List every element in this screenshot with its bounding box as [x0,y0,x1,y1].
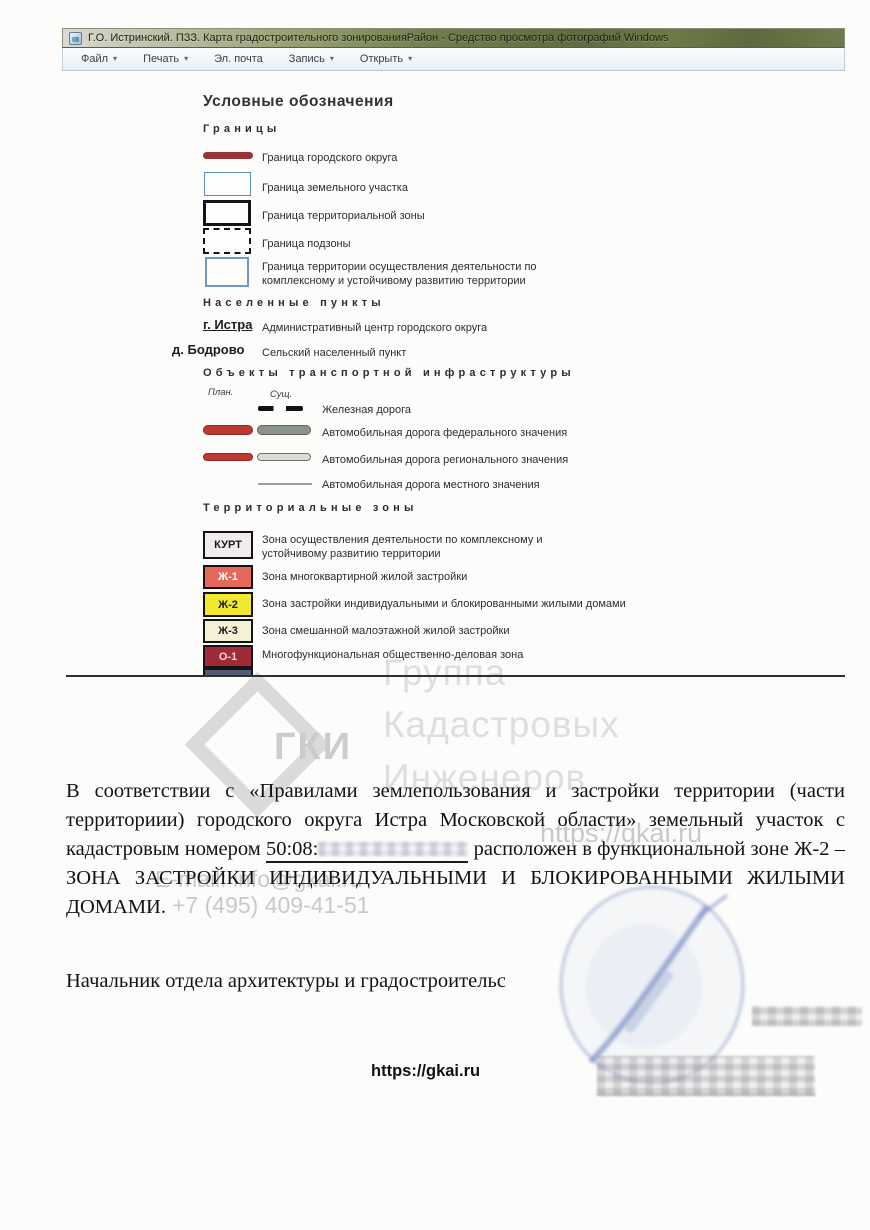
legend-label: Зона осуществления деятельности по компл… [262,533,602,561]
chevron-down-icon: ▾ [330,55,334,63]
zone-code-badge: КУРТ [203,531,253,559]
legend-label: Автомобильная дорога регионального значе… [322,453,568,467]
watermark-word: Кадастровых [383,704,620,746]
photo-viewer-icon [69,32,82,45]
legend-label: Зона смешанной малоэтажной жилой застрой… [262,624,510,638]
legend-label: Граница территории осуществления деятель… [262,260,594,288]
legend-title: Условные обозначения [203,93,394,111]
zone-code-badge: Ж-3 [203,619,253,643]
city-border-line-symbol [203,152,253,159]
window-menubar: Файл ▾ Печать ▾ Эл. почта Запись ▾ Откры… [62,48,845,71]
regional-road-existing-symbol [257,453,311,461]
column-existing-label: Сущ. [270,389,292,400]
legend-label: Административный центр городского округа [262,321,487,335]
redacted-text-block [597,1056,815,1096]
column-planned-label: План. [208,387,233,398]
menu-file[interactable]: Файл ▾ [81,53,117,65]
signature-title: Начальник отдела архитектуры и градостро… [66,970,506,993]
territorial-zone-border-symbol [203,200,251,226]
legend-label: Граница земельного участка [262,181,408,195]
footer-site-url: https://gkai.ru [371,1062,480,1081]
federal-road-existing-symbol [257,425,311,435]
cadastral-number: 50:08: [266,838,468,863]
settlement-name: д. Бодрово [172,342,244,357]
zone-code-badge: О-1 [203,645,253,668]
railway-symbol [258,406,303,411]
local-road-symbol [258,483,312,485]
chevron-down-icon: ▾ [408,55,412,63]
redacted-cadastral-digits [318,842,468,856]
legend-label: Автомобильная дорога федерального значен… [322,426,567,440]
subzone-border-symbol [203,228,251,254]
page-divider-line [66,675,845,677]
legend-label: Граница территориальной зоны [262,209,425,223]
window-titlebar[interactable]: Г.О. Истринский. ПЗЗ. Карта градостроите… [62,28,845,48]
menu-print[interactable]: Печать ▾ [143,53,188,65]
redacted-signatory-name [752,1006,862,1026]
legend-label: Зона многоквартирной жилой застройки [262,570,467,584]
menu-email[interactable]: Эл. почта [214,53,263,65]
regional-road-planned-symbol [203,453,253,461]
parcel-border-symbol [204,172,251,196]
legend-label: Многофункциональная общественно-деловая … [262,648,523,662]
gki-logo-text: ГКИ [274,726,352,769]
kurt-territory-border-symbol [205,257,249,287]
federal-road-planned-symbol [203,425,253,435]
scanned-document-page: ГКИ Группа Кадастровых Инженеров https:/… [0,0,870,1230]
section-zones-heading: Территориальные зоны [203,502,418,514]
legend-label: Граница подзоны [262,237,351,251]
settlement-name: г. Истра [203,317,252,332]
legend-label: Автомобильная дорога местного значения [322,478,540,492]
window-title: Г.О. Истринский. ПЗЗ. Карта градостроите… [88,32,668,44]
zone-code-badge: Ж-1 [203,565,253,589]
section-transport-heading: Объекты транспортной инфраструктуры [203,367,575,379]
legend-label: Граница городского округа [262,151,397,165]
menu-burn[interactable]: Запись ▾ [289,53,334,65]
chevron-down-icon: ▾ [184,55,188,63]
zone-code-badge: Ж-2 [203,592,253,617]
legend-label: Железная дорога [322,403,411,417]
section-borders-heading: Границы [203,123,280,135]
legend-label: Сельский населенный пункт [262,346,406,360]
legend-label: Зона застройки индивидуальными и блокиро… [262,597,626,611]
menu-open[interactable]: Открыть ▾ [360,53,412,65]
section-settlements-heading: Населенные пункты [203,297,385,309]
chevron-down-icon: ▾ [113,55,117,63]
